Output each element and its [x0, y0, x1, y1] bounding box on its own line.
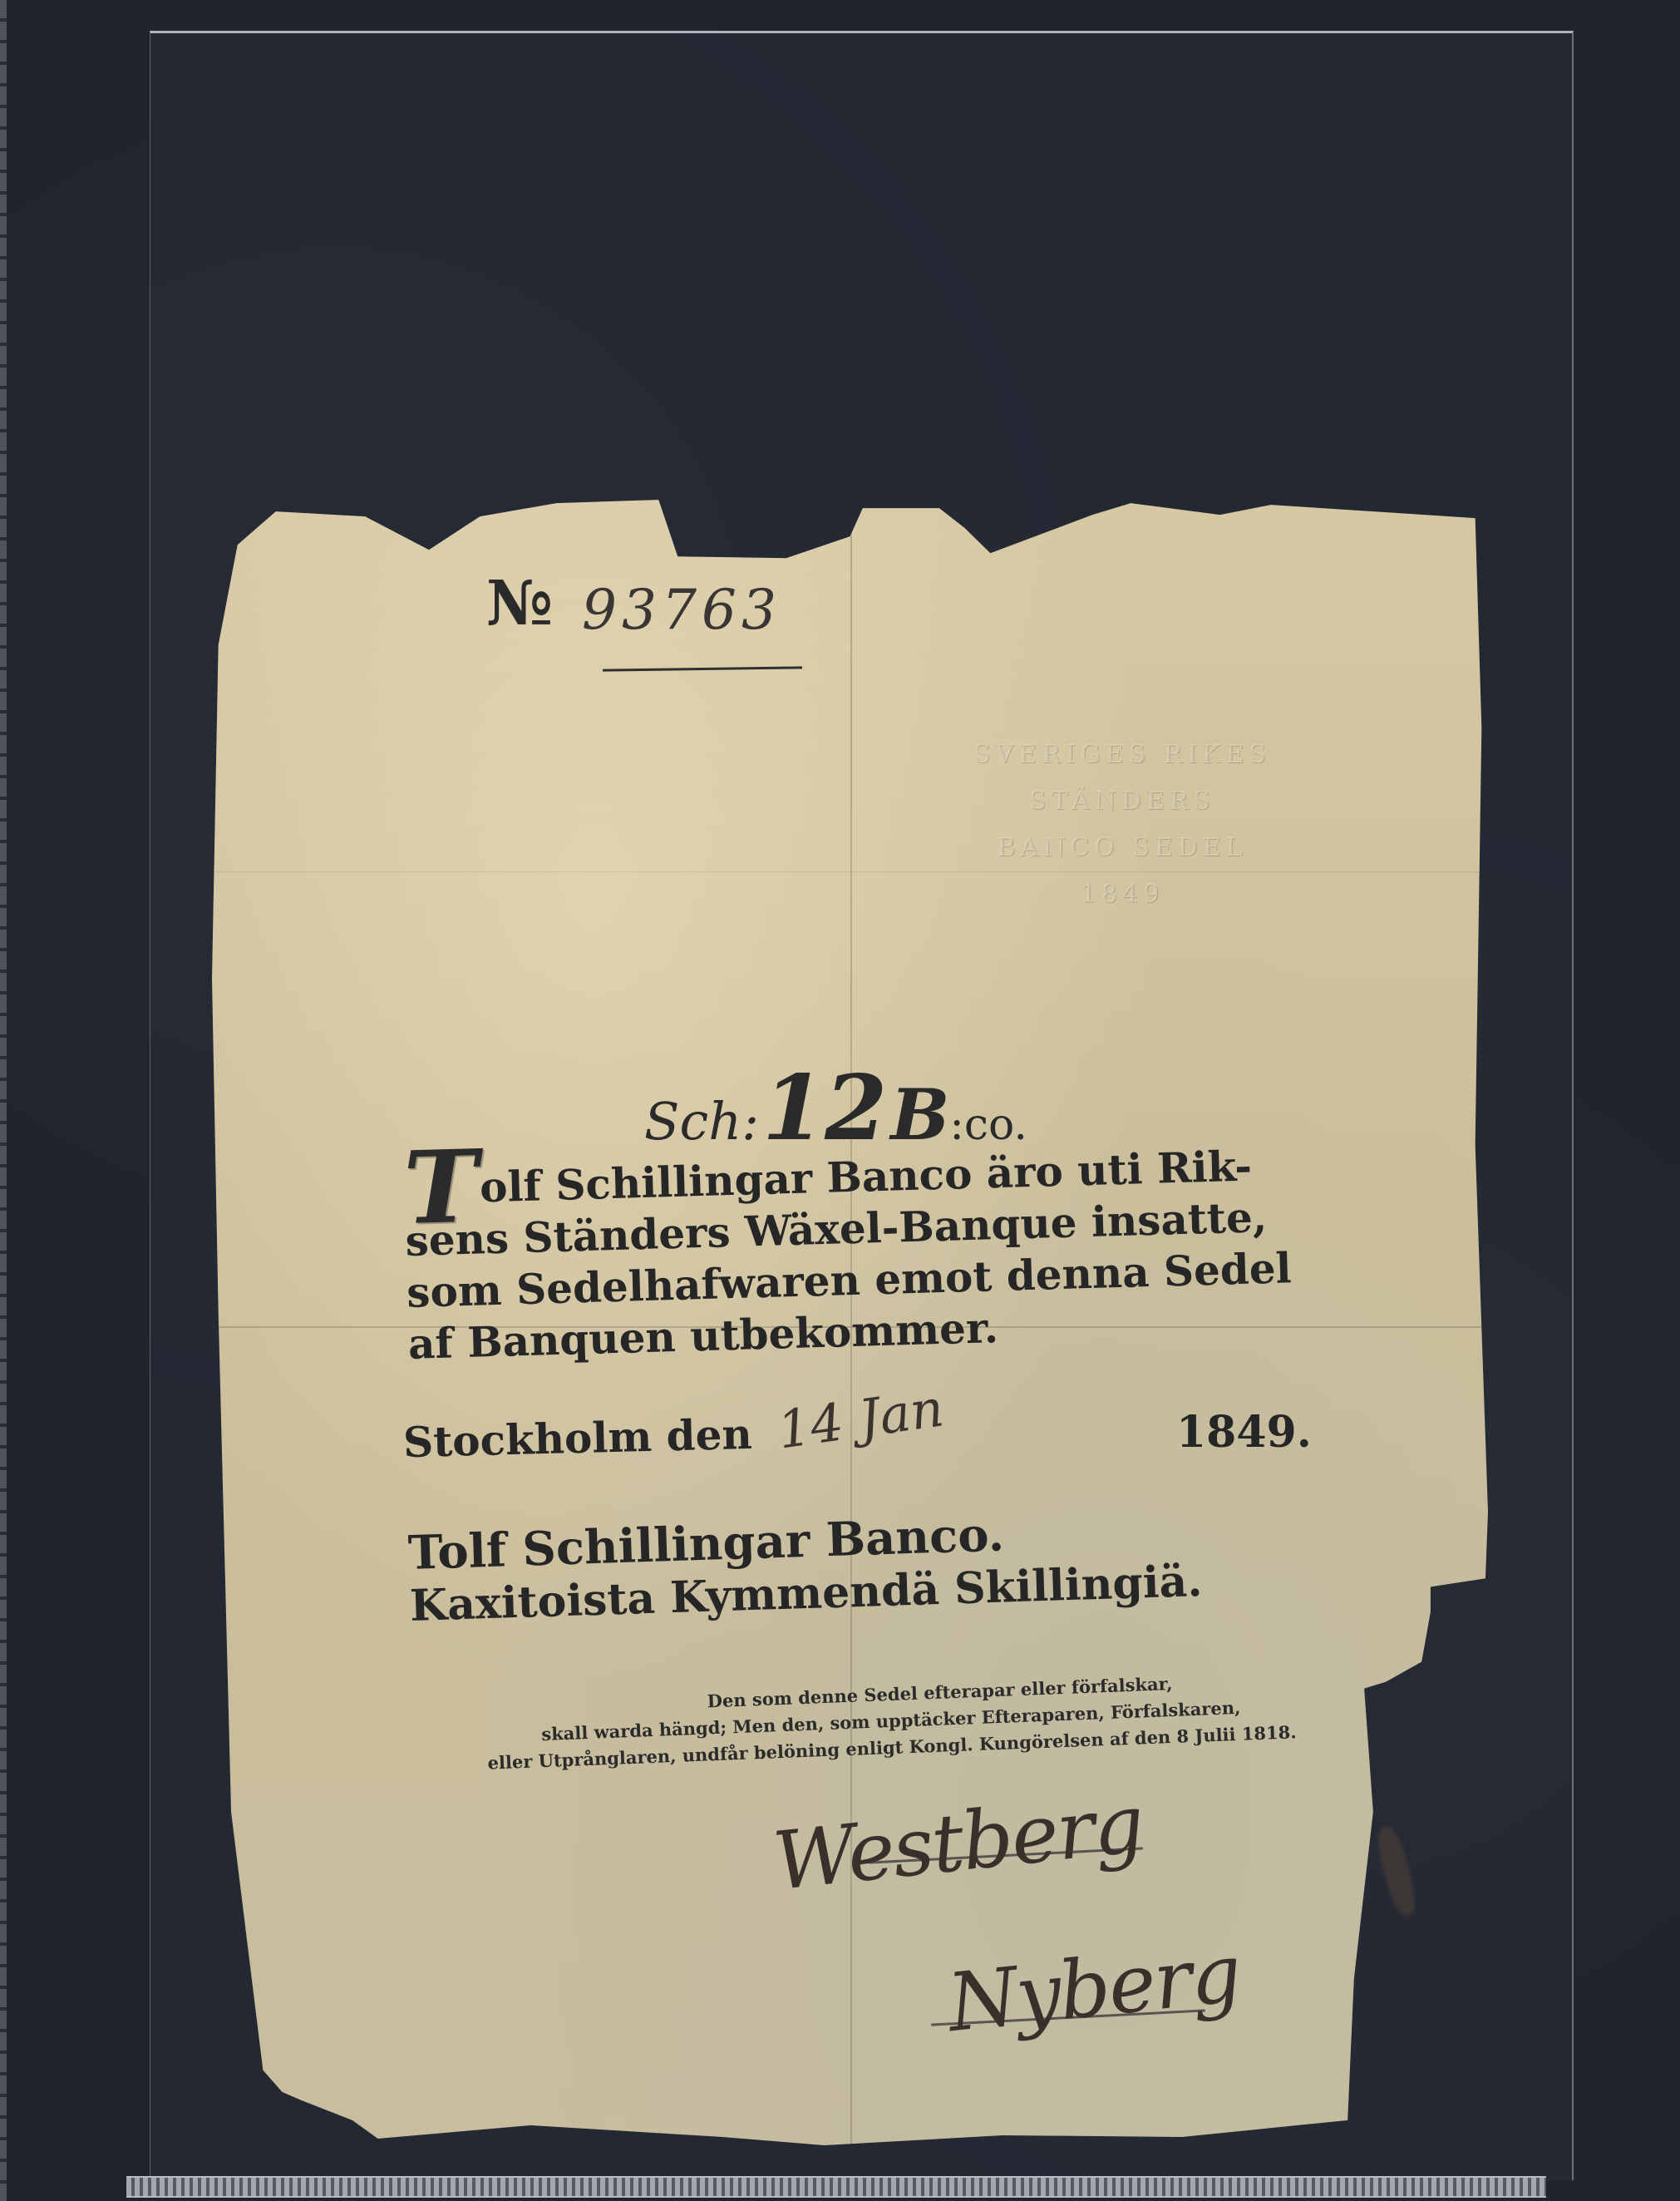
seal-line: 1849	[927, 871, 1318, 918]
seal-line: STÄNDERS	[927, 778, 1318, 825]
sleeve-perforated-edge	[126, 2176, 1546, 2198]
seal-line: SVERIGES RIKES	[927, 732, 1318, 778]
denomination-suffix-b: B	[890, 1073, 949, 1156]
number-sign: №	[486, 568, 549, 639]
body-text: Tolf Schillingar Banco äro uti Rik- sens…	[403, 1138, 1364, 1370]
album-binder-edge	[0, 0, 7, 2201]
denomination-heading: Sch:12B:co.	[644, 1056, 1027, 1161]
ornate-drop-cap: T	[403, 1162, 479, 1214]
embossed-seal: SVERIGES RIKES STÄNDERS BANCO SEDEL 1849	[927, 732, 1318, 918]
issue-year: 1849.	[1176, 1407, 1312, 1458]
issue-date-line: Stockholm den 14 Jan 1849.	[403, 1414, 1359, 1472]
denomination-value: 12	[762, 1056, 887, 1161]
seal-line: BANCO SEDEL	[927, 825, 1318, 871]
serial-underline	[603, 666, 802, 671]
denomination-suffix: :co.	[949, 1100, 1027, 1150]
denomination-prefix: Sch:	[644, 1091, 759, 1152]
handwritten-serial-number: 93763	[582, 578, 781, 642]
date-city-prefix: Stockholm den	[402, 1409, 752, 1467]
serial-number-block: № 93763	[486, 561, 985, 678]
